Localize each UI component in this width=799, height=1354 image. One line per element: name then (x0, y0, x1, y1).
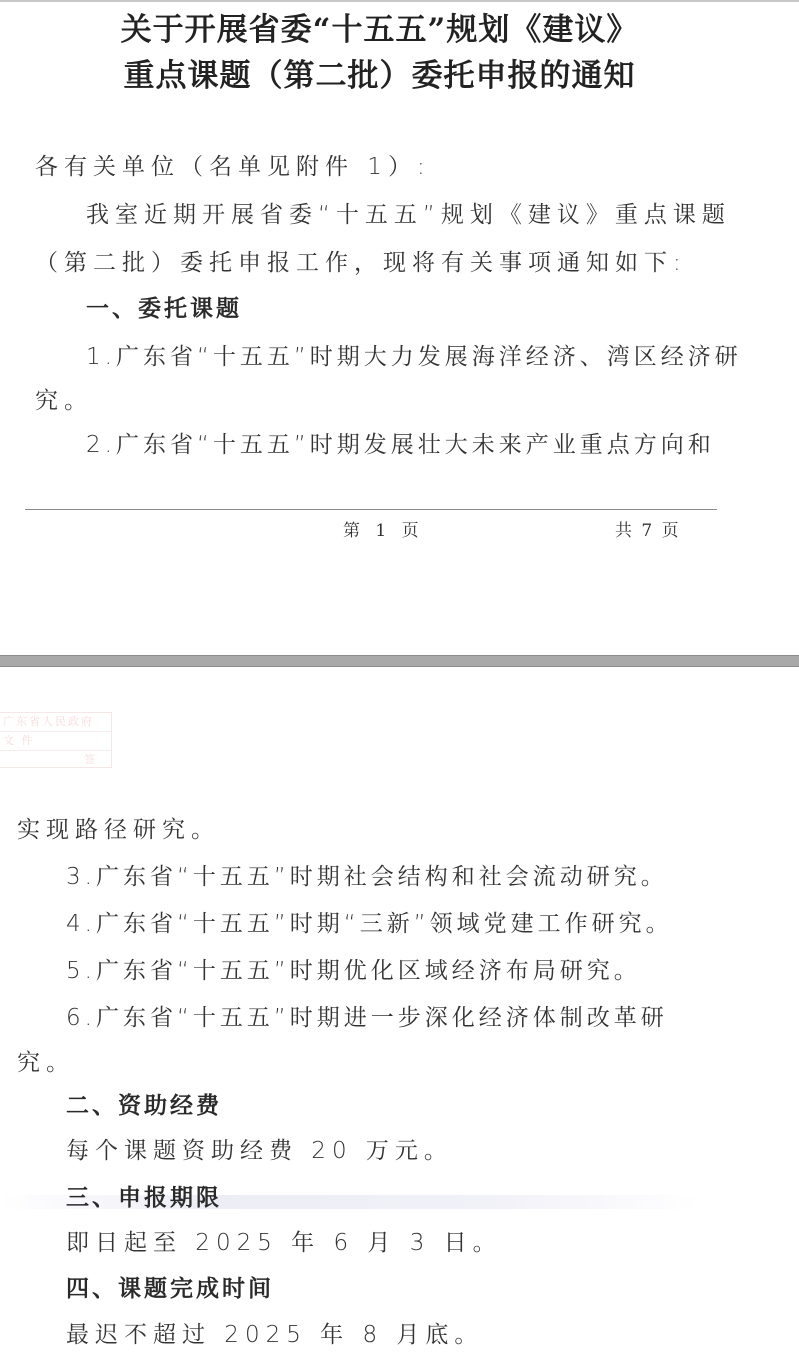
footer-divider (25, 509, 717, 510)
salutation: 各有关单位（名单见附件 1）: (35, 148, 431, 181)
topic-2-line-1: 2.广东省“十五五”时期发展壮大未来产业重点方向和 (86, 426, 715, 459)
topic-1-line-1: 1.广东省“十五五”时期大力发展海洋经济、湾区经济研 (86, 338, 742, 371)
topic-2-line-2: 实现路径研究。 (17, 811, 220, 844)
section-1-heading: 一、委托课题 (86, 290, 242, 323)
section-2-body: 每个课题资助经费 20 万元。 (66, 1132, 453, 1165)
page-separator (0, 655, 799, 667)
stamp-row-1: 广东省人民政府 (0, 713, 111, 732)
footer-page-number: 第 1 页 (343, 516, 424, 541)
topic-6-line-1: 6.广东省“十五五”时期进一步深化经济体制改革研 (66, 999, 668, 1032)
topic-3: 3.广东省“十五五”时期社会结构和社会流动研究。 (66, 858, 668, 891)
document-page-1: 关于开展省委“十五五”规划《建议》 重点课题（第二批）委托申报的通知 各有关单位… (0, 0, 799, 655)
section-4-body: 最迟不超过 2025 年 8 月底。 (66, 1316, 483, 1349)
section-3-heading: 三、申报期限 (66, 1179, 222, 1212)
footer-total-pages: 共 7 页 (615, 516, 681, 541)
topic-5: 5.广东省“十五五”时期优化区域经济布局研究。 (66, 952, 641, 985)
topic-4: 4.广东省“十五五”时期“三新”领域党建工作研究。 (66, 905, 673, 938)
document-page-2: 广东省人民政府 文 件 签 实现路径研究。 3.广东省“十五五”时期社会结构和社… (0, 667, 799, 1354)
intro-line-2: （第二批）委托申报工作，现将有关事项通知如下: (35, 244, 687, 277)
topic-1-line-2: 究。 (35, 382, 93, 415)
section-3-body: 即日起至 2025 年 6 月 3 日。 (66, 1224, 502, 1257)
topic-6-line-2: 究。 (17, 1044, 75, 1077)
faint-stamp: 广东省人民政府 文 件 签 (0, 712, 112, 768)
section-2-heading: 二、资助经费 (66, 1087, 222, 1120)
intro-line-1: 我室近期开展省委“十五五”规划《建议》重点课题 (86, 196, 731, 229)
stamp-row-3: 签 (0, 751, 111, 769)
document-title-line-1: 关于开展省委“十五五”规划《建议》 (0, 4, 779, 49)
stamp-row-2: 文 件 (0, 732, 111, 751)
section-4-heading: 四、课题完成时间 (66, 1270, 274, 1303)
document-title-line-2: 重点课题（第二批）委托申报的通知 (0, 50, 779, 95)
